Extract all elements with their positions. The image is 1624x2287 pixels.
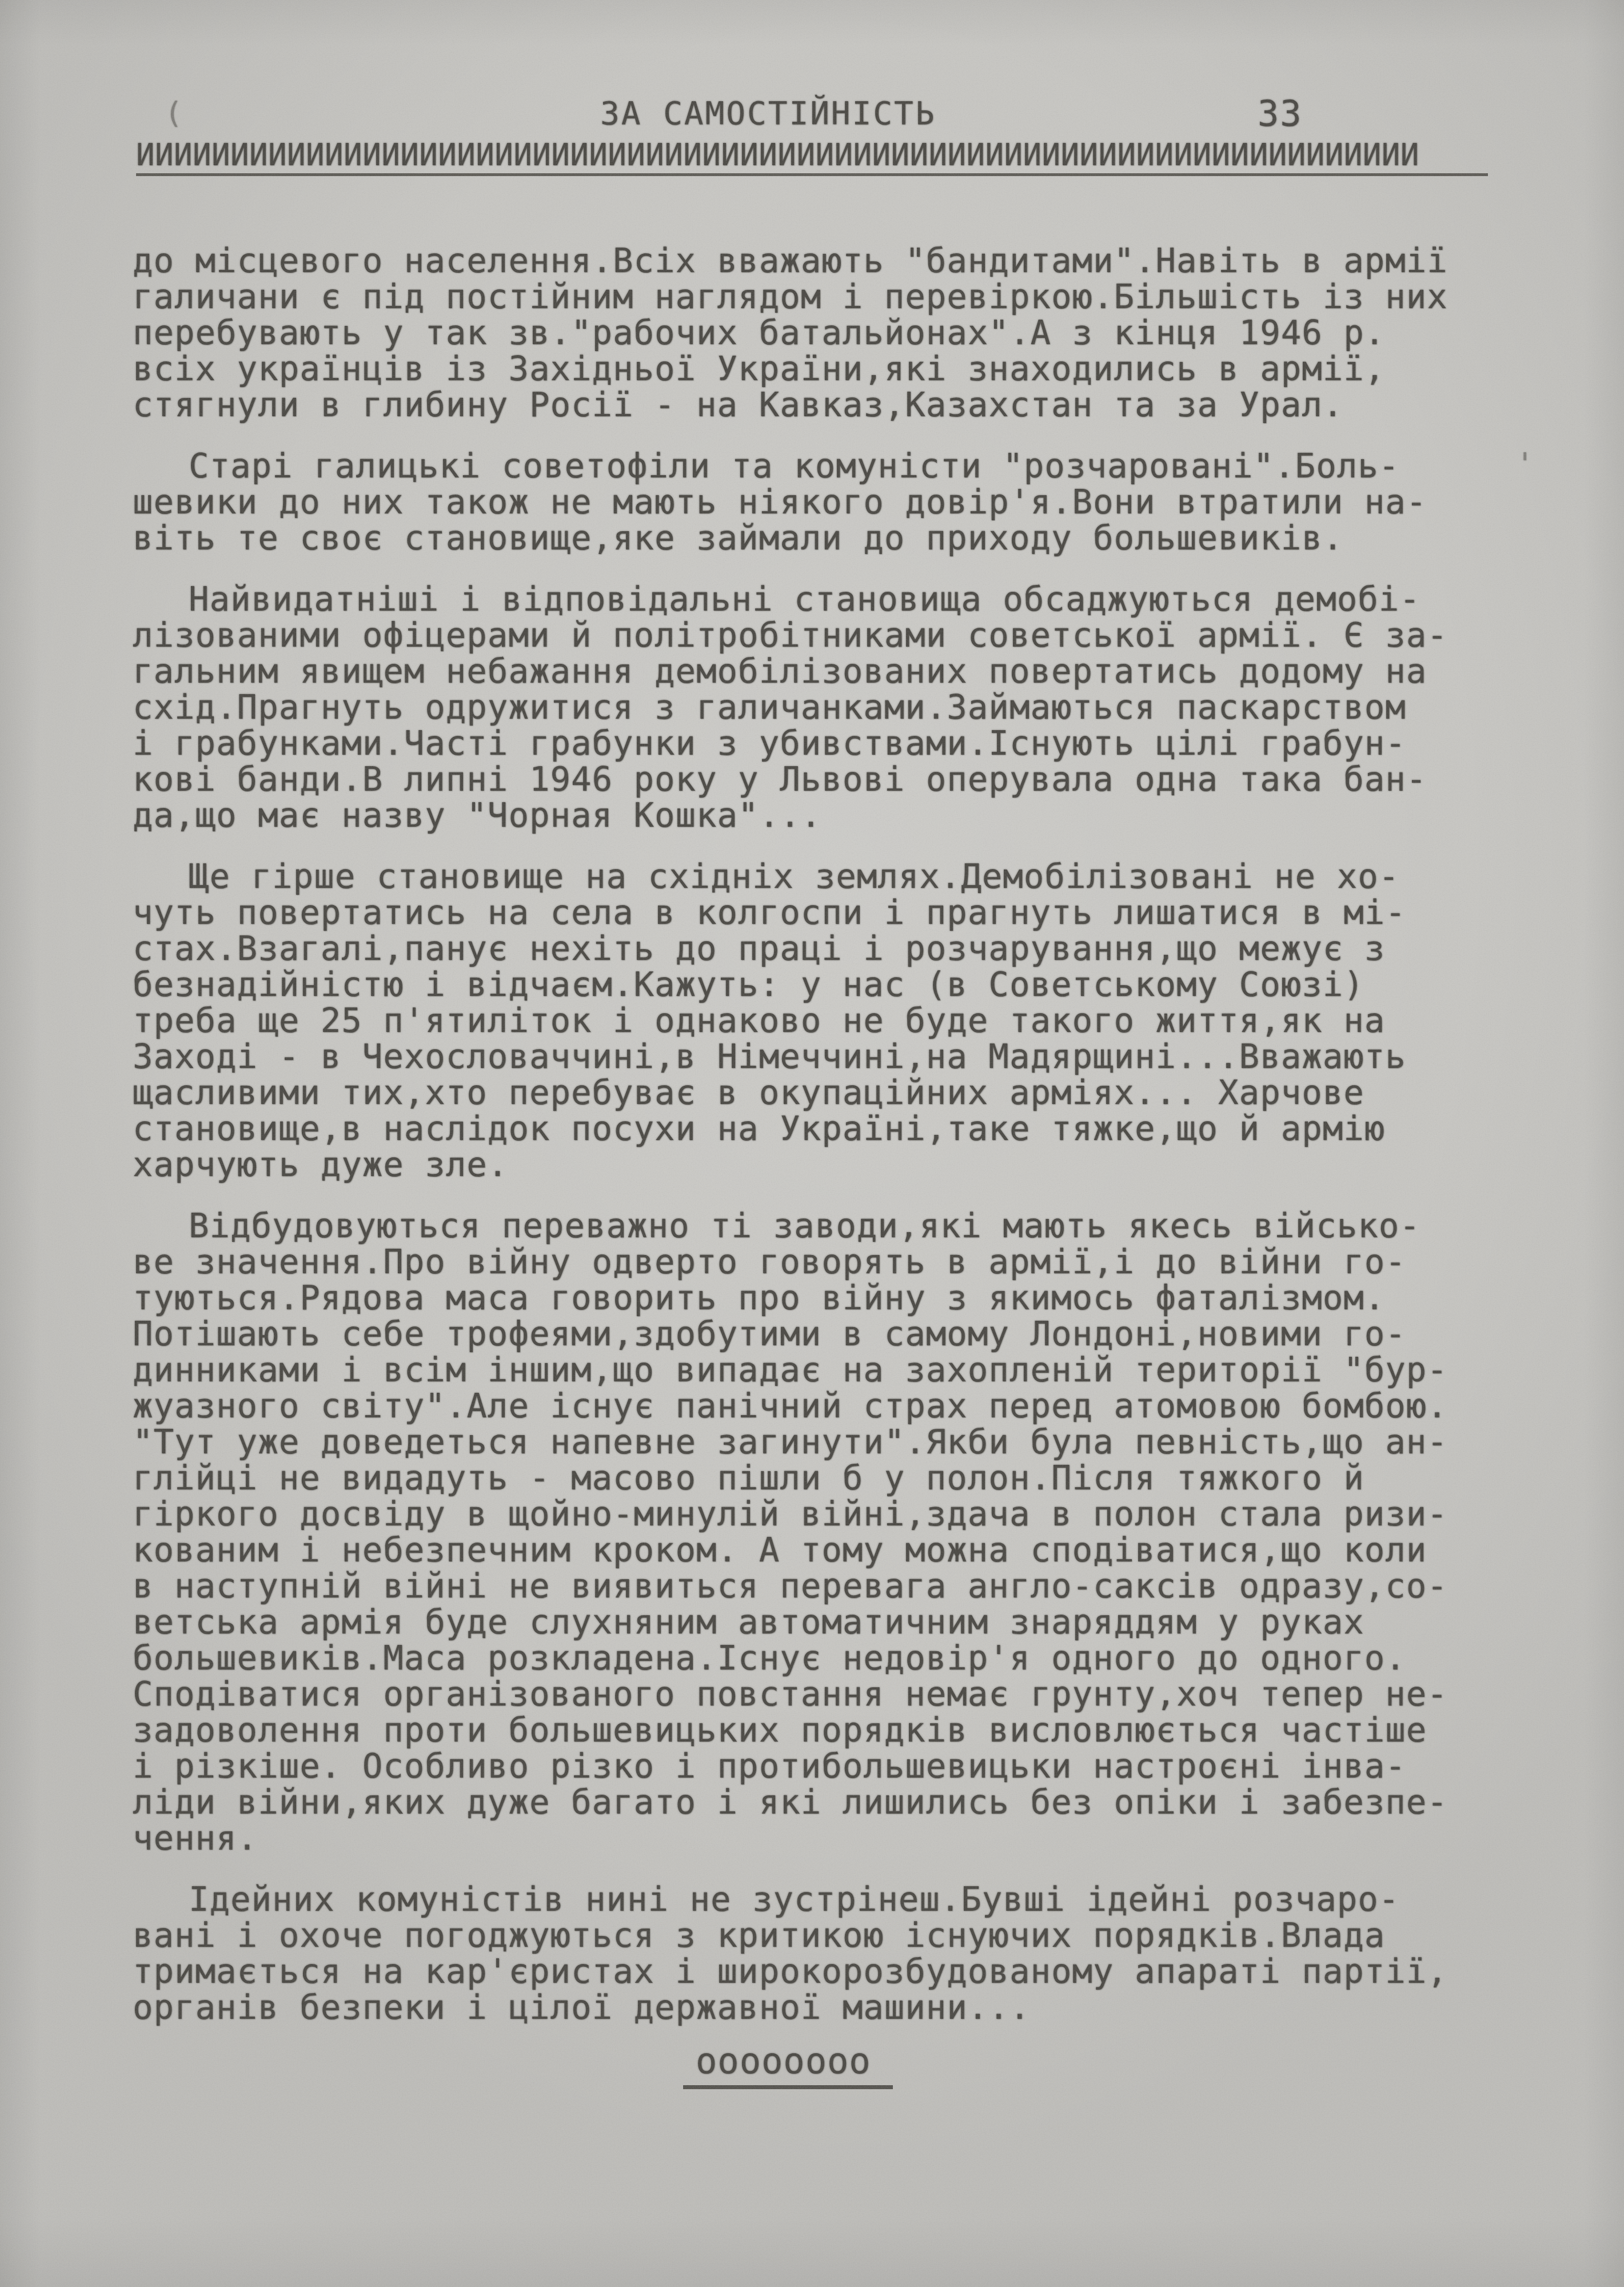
scan-artifact: ( xyxy=(165,96,182,130)
paragraph-5: Відбудовуються переважно ті заводи,які м… xyxy=(133,1208,1505,1856)
paragraph-2: Старі галицькі советофіли та комуністи "… xyxy=(133,448,1505,556)
paragraph-3: Найвидатніші і відповідальні становища о… xyxy=(133,581,1505,833)
paragraph-1: до місцевого населення.Всіх вважають "ба… xyxy=(133,242,1505,423)
page-number: 33 xyxy=(1258,93,1303,134)
scan-artifact: ' xyxy=(1516,447,1534,481)
header-divider: ИИИИИИИИИИИИИИИИИИИИИИИИИИИИИИИИИИИИИИИИ… xyxy=(136,140,1488,176)
paragraph-6: Ідейних комуністів нині не зустрінеш.Був… xyxy=(133,1881,1505,2025)
document-body: до місцевого населення.Всіх вважають "ба… xyxy=(133,242,1505,2050)
end-of-section-marker: oooooooo xyxy=(683,2040,893,2089)
scanned-document-page: ЗА САМОСТІЙНІСТЬ 33 ИИИИИИИИИИИИИИИИИИИИ… xyxy=(0,0,1624,2287)
paragraph-4: Ще гірше становище на східніх землях.Дем… xyxy=(133,858,1505,1182)
page-title: ЗА САМОСТІЙНІСТЬ xyxy=(600,95,936,132)
